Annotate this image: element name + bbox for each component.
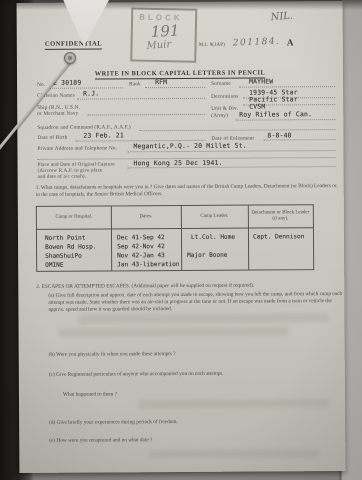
date-of-birth-value: 23 Feb. 21 — [83, 131, 124, 139]
table-header-dates: Dates. — [111, 206, 181, 228]
section-2-item-c2: What happened to them ? — [63, 391, 117, 398]
camps-table: Camp or Hospital. Dates. Camp Leader. De… — [36, 204, 314, 272]
decoration-value-3: CVSM — [249, 102, 265, 110]
block-leader-cell-line: Capt. Dennison — [253, 233, 304, 240]
date-of-birth-label: Date of Birth — [37, 135, 67, 141]
question-1-text: 1. What camps, detachments or hospitals … — [36, 183, 340, 199]
confidential-stamp: CONFIDENTIAL — [45, 40, 102, 49]
table-header-camp: Camp or Hospital. — [37, 206, 111, 228]
capture-label-line1: Place and Date of Original Capture — [38, 162, 115, 167]
nil-handwriting: NIL. — [270, 11, 293, 24]
eyelet-hole — [68, 56, 72, 60]
camp-cell-line: ShamShuiPo — [45, 253, 82, 260]
address-value: Megantic,P.Q.- 20 Millet St. — [133, 142, 246, 151]
section-2-item-a: (a) Give full description and approx. da… — [48, 291, 342, 314]
ref-letter: A — [287, 37, 294, 47]
block-number-handwriting: 191 — [150, 21, 180, 40]
no-label: No. — [37, 82, 45, 88]
decorations-label: Decorations — [211, 94, 238, 100]
unit-div-label-line1: Unit & Div. — [211, 106, 238, 112]
squadron-label: Squadron and Command (R.A.F., A.A.F.) — [37, 124, 131, 131]
form-paper: CONFIDENTIAL BLOCK 191 Muir M.I. 9(JAP) … — [17, 1, 346, 473]
block-pencil-box: BLOCK 191 Muir — [130, 7, 197, 62]
ref-number-handwriting: 201184. — [233, 37, 281, 49]
punch-eyelet — [64, 52, 76, 64]
dates-cell-line: Jan 43-liberation — [117, 261, 179, 268]
unit-value: Roy Rifles of Can. — [239, 110, 312, 118]
section-2-heading: 2. ESCAPES OR ATTEMPTED ESCAPES. (Additi… — [36, 282, 340, 291]
camp-cell-line: North Point — [45, 235, 85, 242]
camp-cell-line: Bowen Rd Hosp. — [45, 244, 96, 251]
christian-names-value: R.J. — [83, 89, 99, 97]
leader-cell-line: Lt.Col. Home — [191, 234, 235, 241]
enlistment-value: 8-8-40 — [267, 131, 291, 139]
ship-label-line2: or Merchant Navy — [37, 111, 78, 117]
dates-cell-line: Sep 42-Nov 42 — [117, 243, 165, 250]
capture-label-line3: and date of a/c crash). — [38, 175, 87, 180]
dates-cell-line: Dec 41-Sep 42 — [117, 234, 165, 241]
unit-div-label-line2: (Army) — [211, 113, 228, 119]
section-2-item-b: (b) Were you physically fit when you mad… — [49, 351, 176, 359]
surname-label: Surname — [211, 81, 231, 87]
table-header-leader: Camp Leader. — [181, 206, 248, 228]
block-name-handwriting: Muir — [146, 39, 171, 52]
scan-shadow — [0, 0, 362, 10]
rank-value: RFM — [155, 78, 167, 86]
no-value: E 30189 — [53, 79, 81, 87]
camp-cell-line: OMINE — [45, 262, 63, 269]
mi9-label: M.I. 9(JAP) — [199, 43, 225, 48]
address-label: Private Address and Telephone No. — [37, 145, 117, 151]
section-2-item-d: (d) Give briefly your experiences during… — [49, 419, 178, 427]
section-2-item-c: (c) Give Regimental particulars of anyon… — [49, 371, 223, 379]
table-header-block-leader: Detachment or Block Leader (if any). — [248, 205, 313, 227]
capture-label-line2: (Aircrew R.A.F. to give place — [38, 168, 103, 173]
scanned-pow-form-page: CONFIDENTIAL BLOCK 191 Muir M.I. 9(JAP) … — [0, 0, 362, 480]
section-2-item-e: (e) How were you recaptured and on what … — [49, 437, 152, 445]
rank-label: Rank — [129, 81, 141, 87]
dates-cell-line: Nov 42-Jan 43 — [117, 252, 165, 259]
surname-value: MAYHEW — [249, 77, 273, 85]
page-title: WRITE IN BLOCK CAPITAL LETTERS IN PENCIL — [95, 69, 266, 79]
leader-cell-line: Major Boone — [187, 252, 227, 259]
